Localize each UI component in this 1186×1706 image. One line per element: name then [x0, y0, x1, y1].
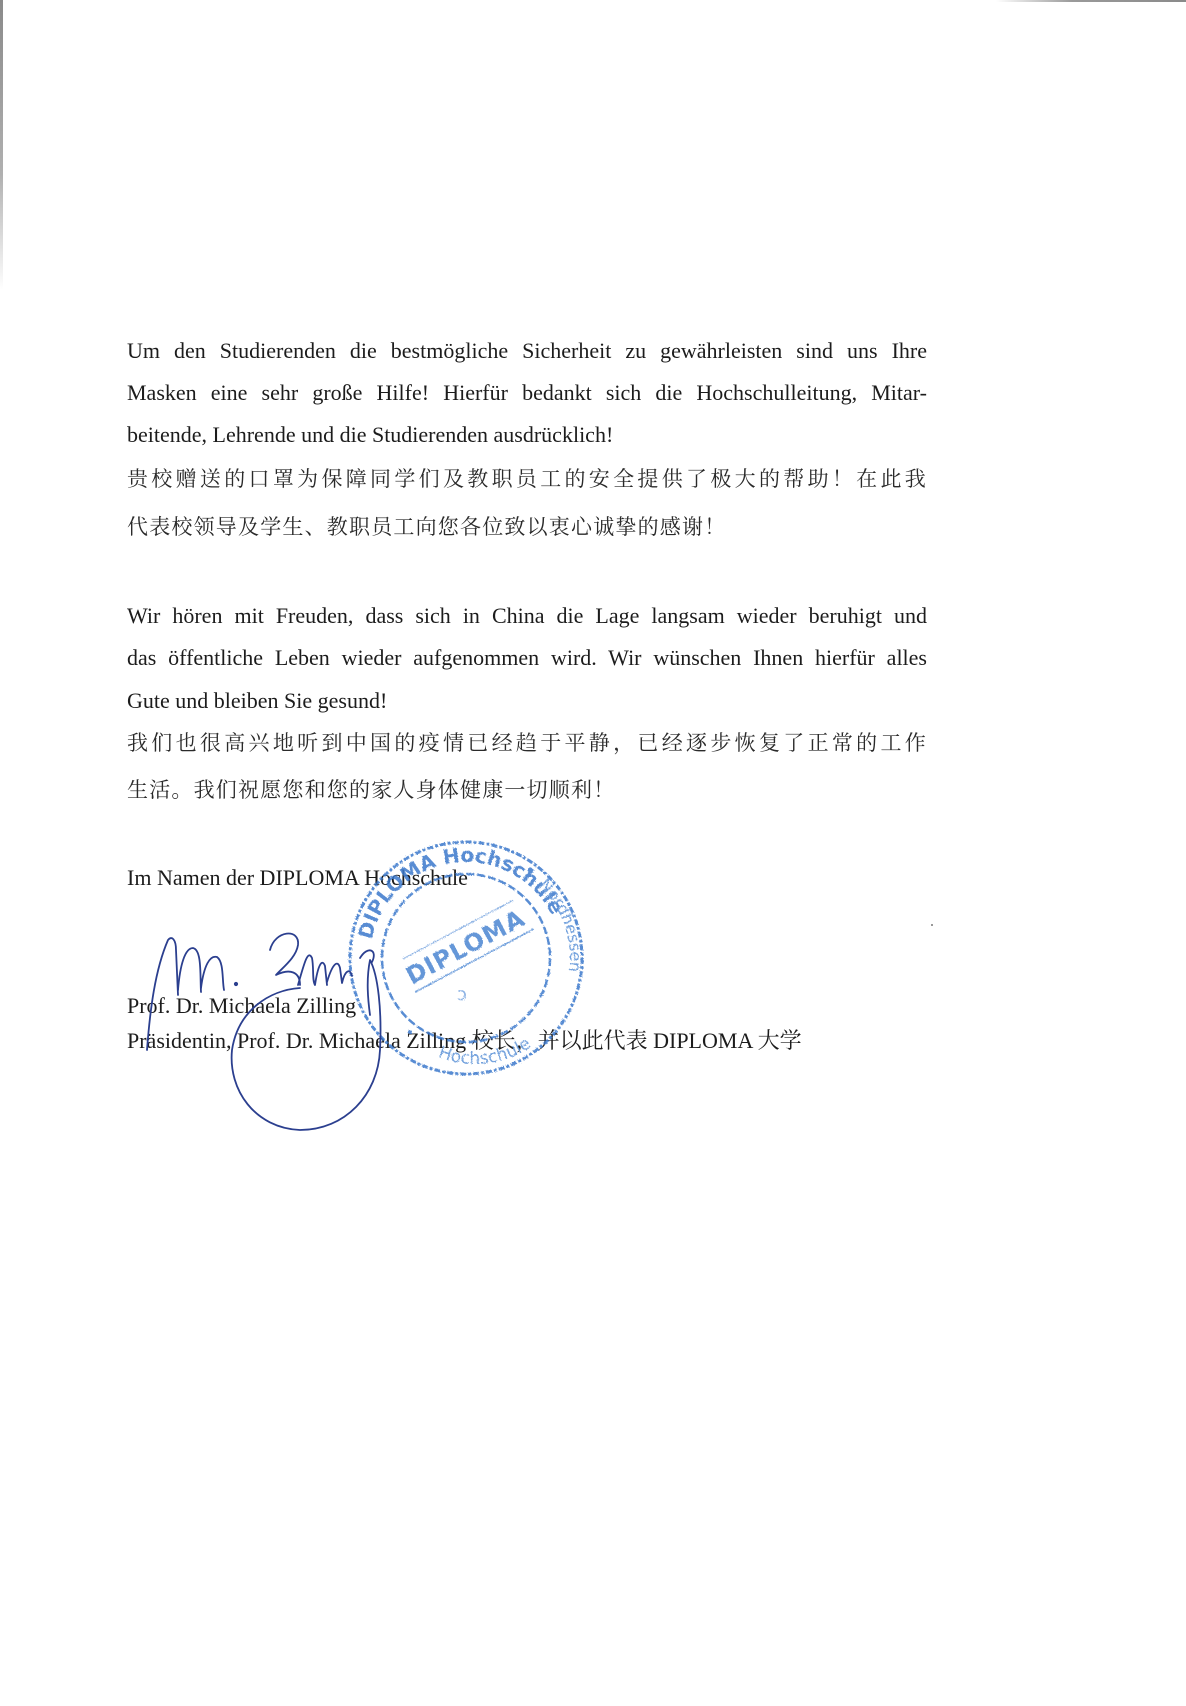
signatory-name: Prof. Dr. Michaela Zilling — [127, 993, 927, 1019]
paragraph-1-zh-line-1: 贵校赠送的口罩为保障同学们及教职员工的安全提供了极大的帮助！在此我 — [127, 466, 927, 492]
stamp-center-text: DIPLOMA — [401, 904, 530, 990]
scan-edge-left — [0, 0, 3, 290]
paragraph-2-zh-line-1: 我们也很高兴地听到中国的疫情已经趋于平静，已经逐步恢复了正常的工作 — [127, 730, 927, 756]
paragraph-2-de-line-3: Gute und bleiben Sie gesund! — [127, 688, 927, 714]
paragraph-2-de-line-1: Wir hören mit Freuden, dass sich in Chin… — [127, 603, 927, 629]
scan-edge-top — [996, 0, 1186, 2]
signatory-title: Präsidentin, Prof. Dr. Michaela Zilling … — [127, 1028, 927, 1054]
paragraph-1-de-line-3: beitende, Lehrende und die Studierenden … — [127, 422, 927, 448]
paragraph-1-de-line-1: Um den Studierenden die bestmögliche Sic… — [127, 338, 927, 364]
stamp-and-signature: DIPLOMA Hochschule Nordhessen Hochschule… — [0, 0, 1186, 1706]
paragraph-2-zh-line-2: 生活。我们祝愿您和您的家人身体健康一切顺利！ — [127, 777, 927, 803]
paragraph-1-zh-line-2: 代表校领导及学生、教职员工向您各位致以衷心诚挚的感谢！ — [127, 514, 927, 540]
stamp-ring-text-top: DIPLOMA Hochschule — [353, 843, 569, 941]
paragraph-1-de-line-2: Masken eine sehr große Hilfe! Hierfür be… — [127, 380, 927, 406]
closing-line: Im Namen der DIPLOMA Hochschule — [127, 865, 927, 891]
scan-speck — [931, 924, 933, 926]
paragraph-2-de-line-2: das öffentliche Leben wieder aufgenommen… — [127, 645, 927, 671]
letter-page: Um den Studierenden die bestmögliche Sic… — [0, 0, 1186, 1706]
